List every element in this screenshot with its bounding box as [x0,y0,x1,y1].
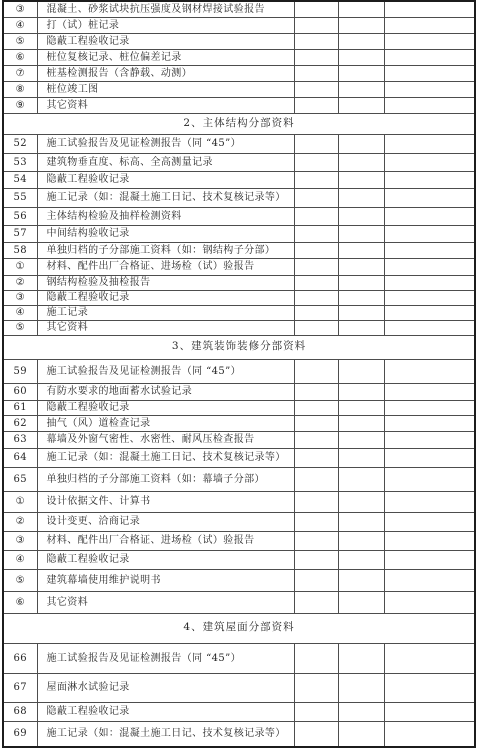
section-header-row: 4、建筑屋面分部资料 [3,613,475,643]
item-number-cell: 57 [3,225,37,242]
blank-cell-3 [384,643,475,673]
blank-cell-1 [294,207,338,225]
item-number-cell: 52 [3,134,37,153]
blank-cell-1 [294,569,338,591]
table-row: ④ 打（试）桩记录 [3,17,475,33]
blank-cell-3 [384,33,475,49]
item-description-cell: 施工记录（如：混凝土施工日记、技术复核记录等） [37,448,294,467]
item-description-cell: 其它资料 [37,591,294,613]
blank-cell-3 [384,702,475,721]
table-row: ④ 隐蔽工程验收记录 [3,550,475,569]
blank-cell-1 [294,153,338,171]
table-row: ⑤ 其它资料 [3,320,475,335]
table-row: ③ 混凝土、砂浆试块抗压强度及钢材焊接试验报告 [3,1,475,17]
section-title: 4、建筑屋面分部资料 [3,613,475,643]
item-number-cell: ③ [3,531,37,550]
item-number-cell: ⑤ [3,320,37,335]
blank-cell-3 [384,383,475,400]
blank-cell-2 [338,400,384,415]
table-row: ④ 施工记录 [3,305,475,320]
table-row: ⑤ 隐蔽工程验收记录 [3,33,475,49]
item-description-cell: 隐蔽工程验收记录 [37,702,294,721]
blank-cell-2 [338,431,384,448]
blank-cell-2 [338,448,384,467]
blank-cell-2 [338,467,384,491]
table-row: ⑥ 其它资料 [3,591,475,613]
item-number-cell: ⑤ [3,569,37,591]
table-row: ③ 隐蔽工程验收记录 [3,290,475,305]
item-description-cell: 中间结构验收记录 [37,225,294,242]
item-number-cell: 64 [3,448,37,467]
blank-cell-2 [338,359,384,383]
item-number-cell: 59 [3,359,37,383]
blank-cell-1 [294,431,338,448]
table-row: 64 施工记录（如：混凝土施工日记、技术复核记录等） [3,448,475,467]
table-row: ⑦ 桩基检测报告（含静载、动测） [3,65,475,81]
item-number-cell: ⑤ [3,33,37,49]
item-description-cell: 桩位复核记录、桩位偏差记录 [37,49,294,65]
item-number-cell: 56 [3,207,37,225]
table-row: 65 单独归档的子分部施工资料（如：幕墙子分部） [3,467,475,491]
item-number-cell: 67 [3,673,37,702]
blank-cell-1 [294,188,338,207]
item-description-cell: 隐蔽工程验收记录 [37,400,294,415]
table-row: ① 材料、配件出厂合格证、进场检（试）验报告 [3,258,475,275]
table-row: ② 钢结构检验及抽检报告 [3,275,475,290]
blank-cell-1 [294,591,338,613]
blank-cell-3 [384,320,475,335]
table-row: 63 幕墙及外窗气密性、水密性、耐风压检查报告 [3,431,475,448]
blank-cell-1 [294,258,338,275]
blank-cell-3 [384,400,475,415]
blank-cell-1 [294,171,338,188]
table-row: 55 施工记录（如：混凝土施工日记、技术复核记录等） [3,188,475,207]
blank-cell-3 [384,242,475,258]
blank-cell-1 [294,531,338,550]
blank-cell-1 [294,702,338,721]
blank-cell-1 [294,305,338,320]
item-description-cell: 钢结构检验及抽检报告 [37,275,294,290]
item-description-cell: 施工记录（如：混凝土施工日记、技术复核记录等） [37,721,294,747]
item-description-cell: 隐蔽工程验收记录 [37,33,294,49]
blank-cell-1 [294,320,338,335]
item-number-cell: ① [3,491,37,512]
item-number-cell: 54 [3,171,37,188]
blank-cell-3 [384,305,475,320]
blank-cell-3 [384,1,475,17]
table-row: ⑤ 建筑幕墙使用维护说明书 [3,569,475,591]
blank-cell-2 [338,305,384,320]
blank-cell-1 [294,49,338,65]
blank-cell-3 [384,225,475,242]
table-row: 66 施工试验报告及见证检测报告（同 “45”） [3,643,475,673]
item-number-cell: 66 [3,643,37,673]
blank-cell-1 [294,290,338,305]
item-description-cell: 建筑幕墙使用维护说明书 [37,569,294,591]
item-number-cell: ⑧ [3,81,37,97]
item-number-cell: ③ [3,1,37,17]
blank-cell-3 [384,359,475,383]
item-number-cell: ⑦ [3,65,37,81]
item-description-cell: 有防水要求的地面蓄水试验记录 [37,383,294,400]
table-row: 58 单独归档的子分部施工资料（如：钢结构子分部） [3,242,475,258]
item-number-cell: ② [3,512,37,531]
blank-cell-2 [338,702,384,721]
item-description-cell: 隐蔽工程验收记录 [37,171,294,188]
item-number-cell: ⑨ [3,97,37,113]
item-number-cell: ④ [3,17,37,33]
item-number-cell: ⑥ [3,49,37,65]
blank-cell-1 [294,33,338,49]
blank-cell-3 [384,65,475,81]
item-description-cell: 主体结构检验及抽样检测资料 [37,207,294,225]
blank-cell-3 [384,49,475,65]
table-row: 53 建筑物垂直度、标高、全高测量记录 [3,153,475,171]
item-number-cell: ④ [3,305,37,320]
blank-cell-2 [338,569,384,591]
blank-cell-2 [338,550,384,569]
blank-cell-3 [384,448,475,467]
blank-cell-2 [338,383,384,400]
table-row: 54 隐蔽工程验收记录 [3,171,475,188]
blank-cell-1 [294,97,338,113]
blank-cell-2 [338,721,384,747]
blank-cell-1 [294,721,338,747]
table-row: ⑨ 其它资料 [3,97,475,113]
blank-cell-3 [384,591,475,613]
item-description-cell: 混凝土、砂浆试块抗压强度及钢材焊接试验报告 [37,1,294,17]
blank-cell-2 [338,591,384,613]
table-row: ① 设计依据文件、计算书 [3,491,475,512]
blank-cell-2 [338,320,384,335]
table-row: 67 屋面淋水试验记录 [3,673,475,702]
item-description-cell: 其它资料 [37,97,294,113]
blank-cell-2 [338,33,384,49]
blank-cell-2 [338,188,384,207]
item-number-cell: 61 [3,400,37,415]
blank-cell-1 [294,415,338,431]
item-number-cell: 69 [3,721,37,747]
item-description-cell: 幕墙及外窗气密性、水密性、耐风压检查报告 [37,431,294,448]
blank-cell-3 [384,275,475,290]
blank-cell-3 [384,569,475,591]
blank-cell-3 [384,97,475,113]
item-description-cell: 施工试验报告及见证检测报告（同 “45”） [37,134,294,153]
item-number-cell: ③ [3,290,37,305]
blank-cell-1 [294,383,338,400]
item-description-cell: 单独归档的子分部施工资料（如：幕墙子分部） [37,467,294,491]
blank-cell-2 [338,673,384,702]
item-number-cell: 68 [3,702,37,721]
blank-cell-1 [294,467,338,491]
document-page: ③ 混凝土、砂浆试块抗压强度及钢材焊接试验报告 ④ 打（试）桩记录 ⑤ 隐蔽工程… [0,0,479,750]
blank-cell-2 [338,225,384,242]
item-description-cell: 设计依据文件、计算书 [37,491,294,512]
blank-cell-2 [338,275,384,290]
item-description-cell: 打（试）桩记录 [37,17,294,33]
blank-cell-2 [338,512,384,531]
blank-cell-1 [294,275,338,290]
item-description-cell: 桩基检测报告（含静载、动测） [37,65,294,81]
item-description-cell: 隐蔽工程验收记录 [37,550,294,569]
table-row: 61 隐蔽工程验收记录 [3,400,475,415]
item-number-cell: ② [3,275,37,290]
blank-cell-2 [338,258,384,275]
section-title: 3、建筑装饰装修分部资料 [3,335,475,359]
item-description-cell: 抽气（风）道检查记录 [37,415,294,431]
blank-cell-2 [338,171,384,188]
blank-cell-3 [384,134,475,153]
blank-cell-1 [294,550,338,569]
blank-cell-3 [384,721,475,747]
item-number-cell: 53 [3,153,37,171]
blank-cell-2 [338,17,384,33]
blank-cell-3 [384,171,475,188]
section-title: 2、主体结构分部资料 [3,113,475,134]
blank-cell-1 [294,242,338,258]
section-header-row: 2、主体结构分部资料 [3,113,475,134]
blank-cell-3 [384,467,475,491]
blank-cell-2 [338,81,384,97]
item-description-cell: 单独归档的子分部施工资料（如：钢结构子分部） [37,242,294,258]
item-description-cell: 施工试验报告及见证检测报告（同 “45”） [37,359,294,383]
blank-cell-1 [294,400,338,415]
item-number-cell: 60 [3,383,37,400]
archive-checklist-table: ③ 混凝土、砂浆试块抗压强度及钢材焊接试验报告 ④ 打（试）桩记录 ⑤ 隐蔽工程… [2,0,476,748]
table-row: 60 有防水要求的地面蓄水试验记录 [3,383,475,400]
item-number-cell: 55 [3,188,37,207]
blank-cell-3 [384,415,475,431]
blank-cell-1 [294,673,338,702]
blank-cell-2 [338,65,384,81]
blank-cell-2 [338,531,384,550]
blank-cell-2 [338,153,384,171]
table-row: 57 中间结构验收记录 [3,225,475,242]
table-row: 69 施工记录（如：混凝土施工日记、技术复核记录等） [3,721,475,747]
blank-cell-3 [384,258,475,275]
item-description-cell: 材料、配件出厂合格证、进场检（试）验报告 [37,258,294,275]
table-row: 62 抽气（风）道检查记录 [3,415,475,431]
blank-cell-2 [338,97,384,113]
blank-cell-2 [338,1,384,17]
item-number-cell: 58 [3,242,37,258]
item-description-cell: 建筑物垂直度、标高、全高测量记录 [37,153,294,171]
item-description-cell: 隐蔽工程验收记录 [37,290,294,305]
item-description-cell: 屋面淋水试验记录 [37,673,294,702]
table-row: ② 设计变更、洽商记录 [3,512,475,531]
table-row: 56 主体结构检验及抽样检测资料 [3,207,475,225]
item-number-cell: ⑥ [3,591,37,613]
blank-cell-1 [294,225,338,242]
blank-cell-1 [294,359,338,383]
blank-cell-2 [338,415,384,431]
item-description-cell: 材料、配件出厂合格证、进场检（试）验报告 [37,531,294,550]
blank-cell-1 [294,448,338,467]
table-row: ⑥ 桩位复核记录、桩位偏差记录 [3,49,475,65]
item-description-cell: 施工试验报告及见证检测报告（同 “45”） [37,643,294,673]
item-number-cell: ④ [3,550,37,569]
section-header-row: 3、建筑装饰装修分部资料 [3,335,475,359]
item-description-cell: 设计变更、洽商记录 [37,512,294,531]
blank-cell-1 [294,512,338,531]
blank-cell-1 [294,134,338,153]
item-number-cell: 63 [3,431,37,448]
blank-cell-2 [338,134,384,153]
item-description-cell: 施工记录 [37,305,294,320]
blank-cell-1 [294,65,338,81]
blank-cell-2 [338,49,384,65]
table-row: 52 施工试验报告及见证检测报告（同 “45”） [3,134,475,153]
blank-cell-3 [384,290,475,305]
blank-cell-2 [338,491,384,512]
item-number-cell: ① [3,258,37,275]
blank-cell-2 [338,207,384,225]
item-description-cell: 桩位竣工图 [37,81,294,97]
blank-cell-3 [384,673,475,702]
blank-cell-1 [294,1,338,17]
blank-cell-2 [338,242,384,258]
blank-cell-3 [384,431,475,448]
item-number-cell: 65 [3,467,37,491]
blank-cell-1 [294,491,338,512]
item-description-cell: 其它资料 [37,320,294,335]
blank-cell-3 [384,188,475,207]
blank-cell-3 [384,153,475,171]
table-row: 68 隐蔽工程验收记录 [3,702,475,721]
blank-cell-3 [384,207,475,225]
table-row: ⑧ 桩位竣工图 [3,81,475,97]
blank-cell-1 [294,17,338,33]
blank-cell-3 [384,17,475,33]
blank-cell-1 [294,643,338,673]
item-description-cell: 施工记录（如：混凝土施工日记、技术复核记录等） [37,188,294,207]
blank-cell-3 [384,550,475,569]
blank-cell-3 [384,531,475,550]
blank-cell-3 [384,491,475,512]
item-number-cell: 62 [3,415,37,431]
table-row: 59 施工试验报告及见证检测报告（同 “45”） [3,359,475,383]
table-body: ③ 混凝土、砂浆试块抗压强度及钢材焊接试验报告 ④ 打（试）桩记录 ⑤ 隐蔽工程… [3,1,475,747]
blank-cell-2 [338,290,384,305]
blank-cell-3 [384,81,475,97]
blank-cell-2 [338,643,384,673]
table-row: ③ 材料、配件出厂合格证、进场检（试）验报告 [3,531,475,550]
blank-cell-1 [294,81,338,97]
blank-cell-3 [384,512,475,531]
